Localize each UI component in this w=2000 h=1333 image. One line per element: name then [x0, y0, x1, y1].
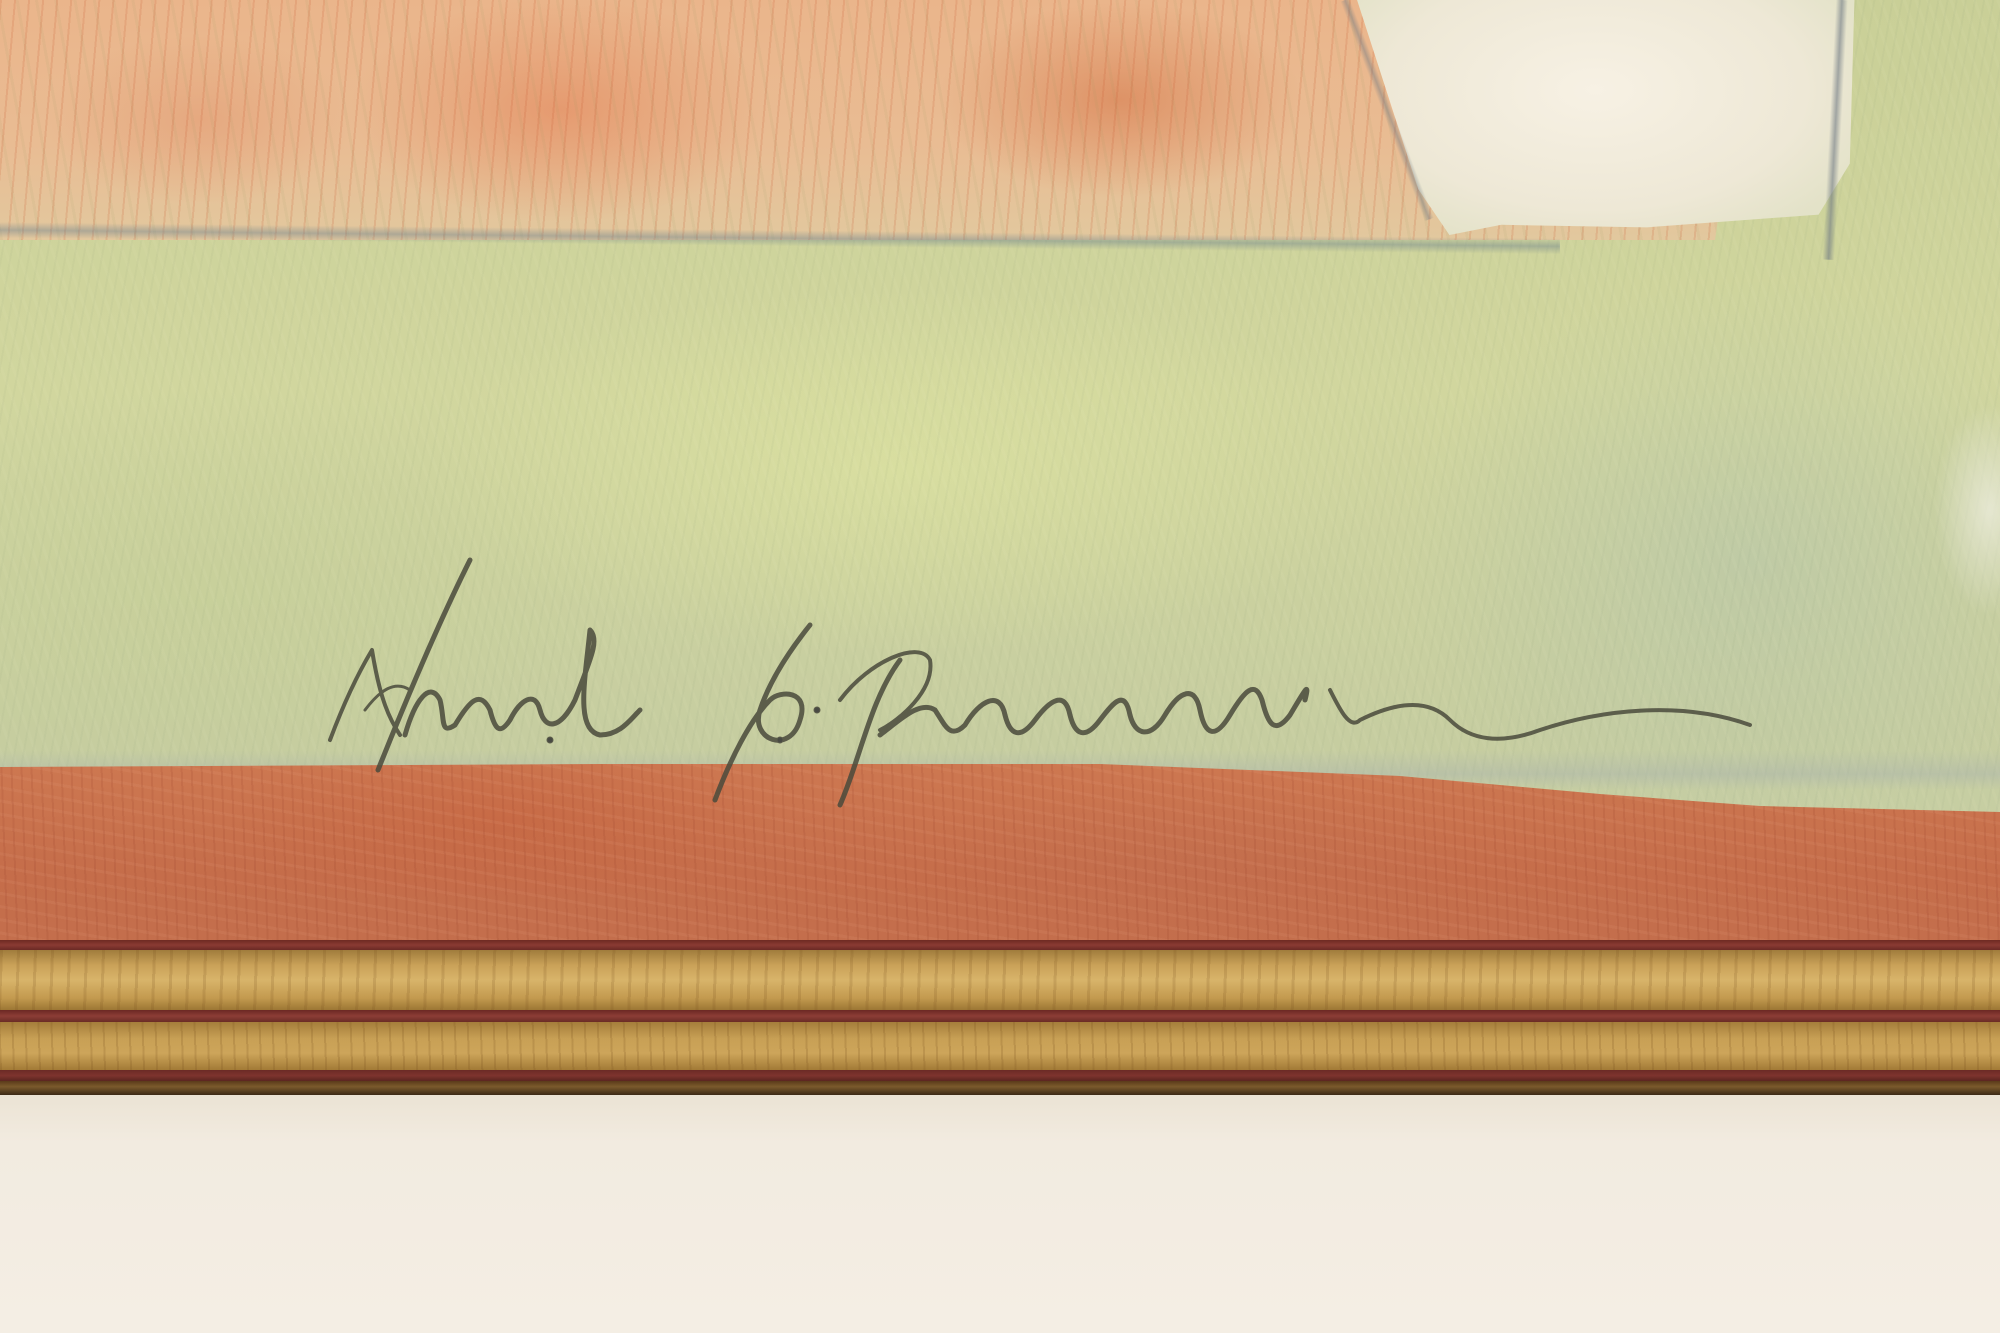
frame-red-line: [0, 1010, 2000, 1022]
pastel-artwork: [0, 0, 2000, 1095]
frame-red-line: [0, 940, 2000, 950]
right-pale-area: [1880, 360, 2000, 660]
gilded-frame: [0, 940, 2000, 1095]
cream-mat: [0, 1095, 2000, 1333]
frame-gold-molding: [0, 1022, 2000, 1070]
artwork-photo: Illegible cursive artist signature: [0, 0, 2000, 1333]
frame-gold-molding: [0, 950, 2000, 1010]
frame-edge: [0, 1081, 2000, 1095]
frame-red-line: [0, 1070, 2000, 1081]
